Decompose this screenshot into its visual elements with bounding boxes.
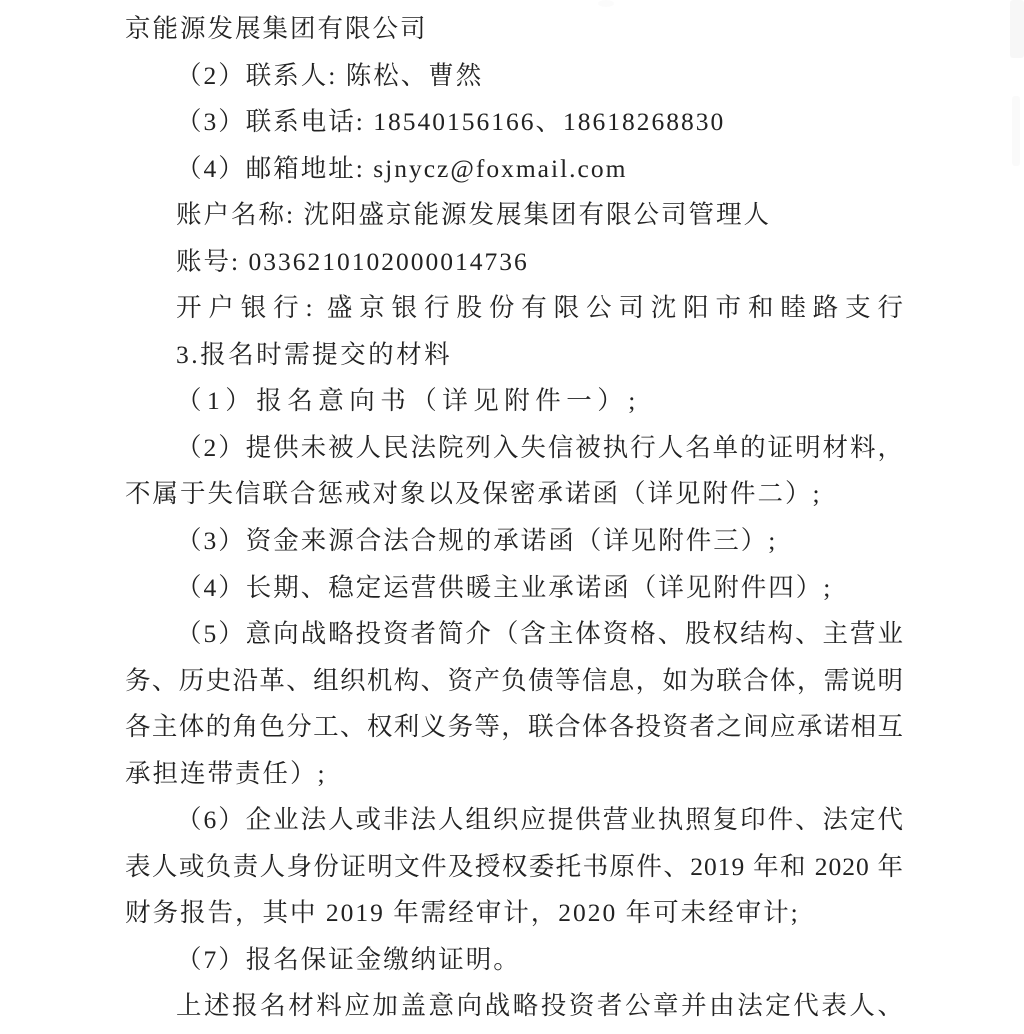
scan-artifact bbox=[1012, 96, 1020, 166]
line-account-name: 账户名称: 沈阳盛京能源发展集团有限公司管理人 bbox=[125, 192, 904, 239]
document-text: 京能源发展集团有限公司 （2）联系人: 陈松、曹然 （3）联系电话: 18540… bbox=[125, 6, 904, 1030]
line-item-2-part-2: 不属于失信联合惩戒对象以及保密承诺函（详见附件二）; bbox=[125, 471, 904, 518]
line-company-name-continuation: 京能源发展集团有限公司 bbox=[125, 6, 904, 53]
line-contact-person: （2）联系人: 陈松、曹然 bbox=[125, 53, 904, 100]
line-item-7: （7）报名保证金缴纳证明。 bbox=[125, 937, 904, 984]
line-bank-name: 开户银行: 盛京银行股份有限公司沈阳市和睦路支行 bbox=[125, 285, 904, 332]
line-email-address: （4）邮箱地址: sjnycz@foxmail.com bbox=[125, 146, 904, 193]
line-item-5-part-4: 承担连带责任）; bbox=[125, 751, 904, 798]
line-item-5-part-3: 各主体的角色分工、权利义务等，联合体各投资者之间应承诺相互 bbox=[125, 704, 904, 751]
line-item-6-part-2: 表人或负责人身份证明文件及授权委托书原件、2019 年和 2020 年 bbox=[125, 844, 904, 891]
line-item-2-part-1: （2）提供未被人民法院列入失信被执行人名单的证明材料， bbox=[125, 425, 904, 472]
scan-artifact bbox=[1010, 0, 1024, 58]
line-item-6-part-3: 财务报告，其中 2019 年需经审计，2020 年可未经审计; bbox=[125, 890, 904, 937]
line-item-5-part-1: （5）意向战略投资者简介（含主体资格、股权结构、主营业 bbox=[125, 611, 904, 658]
line-item-5-part-2: 务、历史沿革、组织机构、资产负债等信息，如为联合体，需说明 bbox=[125, 658, 904, 705]
line-account-number: 账号: 0336210102000014736 bbox=[125, 239, 904, 286]
line-contact-phone: （3）联系电话: 18540156166、18618268830 bbox=[125, 99, 904, 146]
line-closing-paragraph: 上述报名材料应加盖意向战略投资者公章并由法定代表人、 bbox=[125, 983, 904, 1030]
line-item-6-part-1: （6）企业法人或非法人组织应提供营业执照复印件、法定代 bbox=[125, 797, 904, 844]
heading-materials-section: 3.报名时需提交的材料 bbox=[125, 332, 904, 379]
line-item-4: （4）长期、稳定运营供暖主业承诺函（详见附件四）; bbox=[125, 565, 904, 612]
line-item-3: （3）资金来源合法合规的承诺函（详见附件三）; bbox=[125, 518, 904, 565]
line-item-1: （1）报名意向书（详见附件一）; bbox=[125, 378, 904, 425]
document-page: 京能源发展集团有限公司 （2）联系人: 陈松、曹然 （3）联系电话: 18540… bbox=[0, 0, 1024, 1034]
